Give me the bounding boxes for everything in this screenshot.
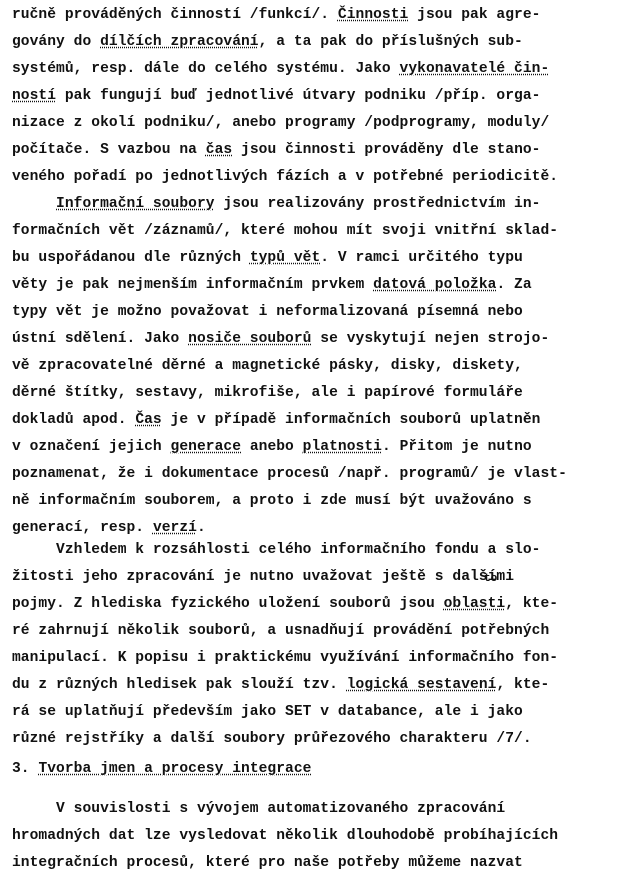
text-line: počítače. S vazbou na čas jsou činnosti … (12, 141, 541, 159)
text-segment: věty je pak nejmenším informačním prvkem (12, 277, 373, 293)
text-line: generací, resp. verzí. (12, 519, 206, 537)
underlined-term: Čas (135, 412, 161, 428)
text-line: manipulací. K popisu i praktickému využí… (12, 649, 558, 667)
text-segment: integračních procesů, které pro naše pot… (12, 855, 523, 871)
text-segment: formačních vět /záznamů/, které mohou mí… (12, 223, 558, 239)
text-segment: . (197, 520, 206, 536)
text-segment: govány do (12, 34, 100, 50)
text-segment: jsou realizovány prostřednictvím in- (215, 196, 541, 212)
underlined-term: verzí (153, 520, 197, 536)
text-segment: ústní sdělení. Jako (12, 331, 188, 347)
text-segment: typy vět je možno považovat i neformaliz… (12, 304, 523, 320)
underlined-term: vykonavatelé čin- (400, 61, 550, 77)
text-line: věty je pak nejmenším informačním prvkem… (12, 276, 532, 294)
text-segment: generací, resp. (12, 520, 153, 536)
underlined-term: dílčích zpracování (100, 34, 259, 50)
underlined-term: oblasti (444, 596, 506, 612)
text-line: veného pořadí po jednotlivých fázích a v… (12, 168, 558, 186)
underlined-term: Tvorba jmen a procesy integrace (38, 761, 311, 777)
text-segment: systémů, resp. dále do celého systému. J… (12, 61, 400, 77)
text-segment: ručně prováděných činností /funkcí/. (12, 7, 338, 23)
text-segment: je v případě informačních souborů uplatn… (162, 412, 541, 428)
text-segment: jsou činnosti prováděny dle stano- (232, 142, 540, 158)
underlined-term: generace (171, 439, 241, 455)
text-line: ností pak fungují buď jednotlivé útvary … (12, 87, 540, 105)
text-line: typy vět je možno považovat i neformaliz… (12, 303, 523, 321)
text-line: du z různých hledisek pak slouží tzv. lo… (12, 676, 549, 694)
text-segment: veného pořadí po jednotlivých fázích a v… (12, 169, 558, 185)
text-line: děrné štítky, sestavy, mikrofiše, ale i … (12, 384, 523, 402)
underlined-term: platnosti (303, 439, 382, 455)
text-line: poznamenat, že i dokumentace procesů /na… (12, 465, 567, 483)
text-segment: V souvislosti s vývojem automatizovaného… (12, 801, 505, 817)
underlined-term: nosiče souborů (188, 331, 311, 347)
text-segment: vě zpracovatelné děrné a magnetické pásk… (12, 358, 523, 374)
text-line: Vzhledem k rozsáhlosti celého informační… (12, 541, 540, 559)
text-line: Informační soubory jsou realizovány pros… (12, 195, 540, 213)
text-line: bu uspořádanou dle různých typů vět. V r… (12, 249, 523, 267)
text-line: ré zahrnují několik souborů, a usnadňují… (12, 622, 549, 640)
underlined-term: čas (206, 142, 232, 158)
text-segment: . Přitom je nutno (382, 439, 532, 455)
text-segment: se vyskytují nejen strojo- (311, 331, 549, 347)
text-segment: jsou pak agre- (408, 7, 540, 23)
text-segment: manipulací. K popisu i praktickému využí… (12, 650, 558, 666)
text-segment: žitosti jeho zpracování je nutno uvažova… (12, 569, 514, 585)
text-segment: . Za (496, 277, 531, 293)
text-segment (12, 196, 56, 212)
underlined-term: datová položka (373, 277, 496, 293)
text-segment: počítače. S vazbou na (12, 142, 206, 158)
text-line: ústní sdělení. Jako nosiče souborů se vy… (12, 330, 549, 348)
text-line: různé rejstříky a další soubory průřezov… (12, 730, 532, 748)
underlined-term: Činnosti (338, 7, 408, 23)
text-line: ručně prováděných činností /funkcí/. Čin… (12, 6, 540, 24)
underlined-term: typů vět (250, 250, 320, 266)
underlined-term: logická sestavení (347, 677, 497, 693)
text-line: žitosti jeho zpracování je nutno uvažova… (12, 568, 514, 586)
text-segment: nizace z okolí podniku/, anebo programy … (12, 115, 549, 131)
text-segment: 3. (12, 761, 38, 777)
text-line: vě zpracovatelné děrné a magnetické pásk… (12, 357, 523, 375)
text-segment: v označení jejich (12, 439, 171, 455)
text-segment: ně informačním souborem, a proto i zde m… (12, 493, 532, 509)
text-line: systémů, resp. dále do celého systému. J… (12, 60, 549, 78)
text-segment: rá se uplatňují především jako SET v dat… (12, 704, 523, 720)
text-segment: poznamenat, že i dokumentace procesů /na… (12, 466, 567, 482)
text-line: nizace z okolí podniku/, anebo programy … (12, 114, 549, 132)
text-segment: . V ramci určitého typu (320, 250, 523, 266)
section-heading: 3. Tvorba jmen a procesy integrace (12, 760, 311, 778)
text-line: ně informačním souborem, a proto i zde m… (12, 492, 532, 510)
text-segment: různé rejstříky a další soubory průřezov… (12, 731, 532, 747)
text-segment: hromadných dat lze vysledovat několik dl… (12, 828, 558, 844)
text-segment: děrné štítky, sestavy, mikrofiše, ale i … (12, 385, 523, 401)
text-line: v označení jejich generace anebo platnos… (12, 438, 532, 456)
text-segment: pojmy. Z hlediska fyzického uložení soub… (12, 596, 444, 612)
text-line: integračních procesů, které pro naše pot… (12, 854, 523, 872)
text-segment: dokladů apod. (12, 412, 135, 428)
text-line: dokladů apod. Čas je v případě informačn… (12, 411, 540, 429)
text-line: rá se uplatňují především jako SET v dat… (12, 703, 523, 721)
text-line: hromadných dat lze vysledovat několik dl… (12, 827, 558, 845)
text-segment: du z různých hledisek pak slouží tzv. (12, 677, 347, 693)
underlined-term: ností (12, 88, 56, 104)
text-segment: Vzhledem k rozsáhlosti celého informační… (12, 542, 540, 558)
text-segment: , kte- (496, 677, 549, 693)
text-line: govány do dílčích zpracování, a ta pak d… (12, 33, 523, 51)
text-segment: pak fungují buď jednotlivé útvary podnik… (56, 88, 540, 104)
text-segment: anebo (241, 439, 303, 455)
text-segment: bu uspořádanou dle různých (12, 250, 250, 266)
text-segment: , kte- (505, 596, 558, 612)
text-line: formačních vět /záznamů/, které mohou mí… (12, 222, 558, 240)
typewritten-page: ručně prováděných činností /funkcí/. Čin… (0, 0, 638, 874)
handwritten-insert-mark: to (484, 574, 497, 585)
text-segment: ré zahrnují několik souborů, a usnadňují… (12, 623, 549, 639)
text-line: V souvislosti s vývojem automatizovaného… (12, 800, 505, 818)
text-line: pojmy. Z hlediska fyzického uložení soub… (12, 595, 558, 613)
text-segment: , a ta pak do příslušných sub- (259, 34, 523, 50)
underlined-term: Informační soubory (56, 196, 215, 212)
